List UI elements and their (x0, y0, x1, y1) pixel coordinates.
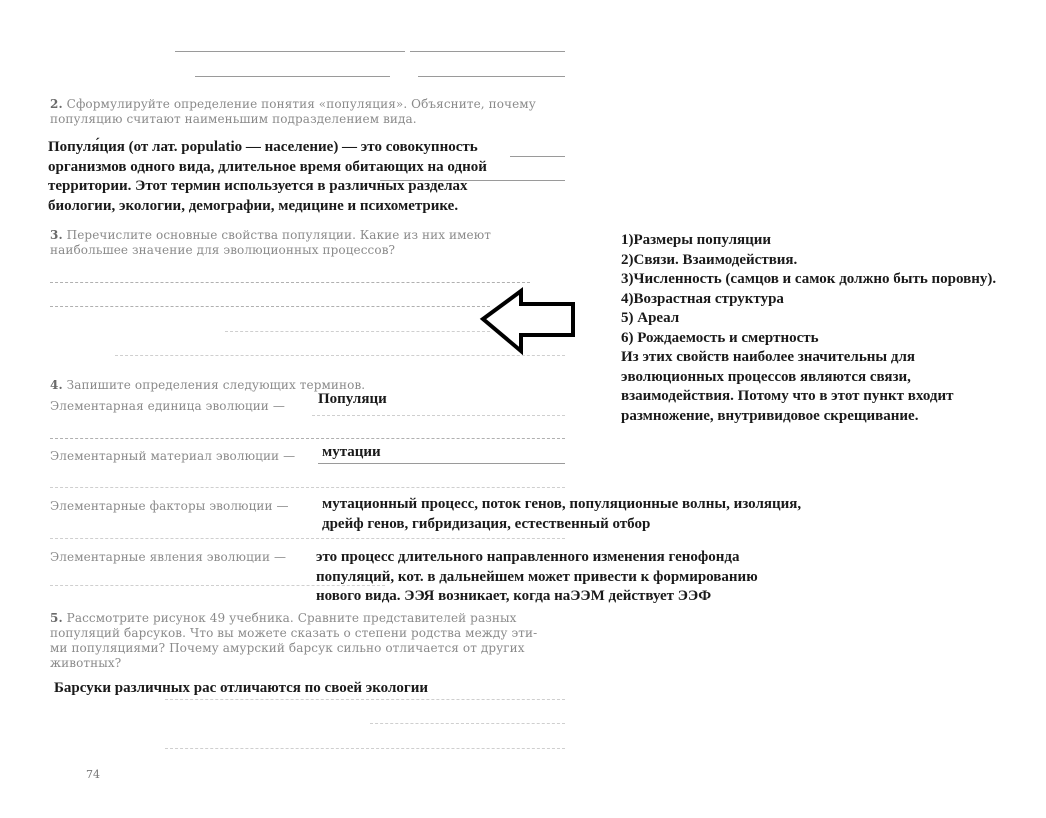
answer-line: это процесс длительного направленного из… (316, 548, 836, 568)
question-2-text: Сформулируйте определение понятия «попул… (50, 97, 536, 126)
left-arrow-icon (479, 287, 579, 355)
writing-line (50, 487, 565, 488)
conclusion-line: размножение, внутривидовое скрещивание. (621, 407, 1046, 427)
question-3-number: 3. (50, 228, 63, 242)
question-4-number: 4. (50, 378, 63, 392)
question-5-line: популяций барсуков. Что вы можете сказат… (50, 626, 568, 641)
answer-line: биологии, экологии, демографии, медицине… (48, 197, 588, 217)
answer-line: популяций, кот. в дальнейшем может приве… (316, 568, 836, 588)
writing-line (318, 463, 565, 464)
property-item: 1)Размеры популяции (621, 231, 1046, 251)
question-5-number: 5. (50, 611, 63, 625)
answer-line: нового вида. ЭЭЯ возникает, когда наЭЭМ … (316, 587, 836, 607)
writing-line (510, 156, 565, 157)
question-5-answer: Барсуки различных рас отличаются по свое… (54, 679, 428, 699)
writing-line (312, 415, 565, 416)
writing-line (418, 76, 565, 77)
question-3-answer: 1)Размеры популяции 2)Связи. Взаимодейст… (621, 231, 1046, 426)
page-number: 74 (86, 768, 100, 781)
question-2-number: 2. (50, 97, 63, 111)
term-label-factors: Элементарные факторы эволюции — (50, 499, 289, 514)
property-item: 5) Ареал (621, 309, 1046, 329)
writing-line (50, 438, 565, 439)
answer-line: дрейф генов, гибридизация, естественный … (322, 515, 882, 535)
question-5-line: животных? (50, 656, 568, 671)
writing-line (370, 723, 565, 724)
writing-line (50, 585, 385, 586)
writing-line (175, 51, 405, 52)
property-item: 3)Численность (самцов и самок должно быт… (621, 270, 1046, 290)
question-2-answer: Популя́ция (от лат. populatio — населени… (48, 138, 588, 216)
term-answer-unit: Популяци (318, 390, 387, 410)
conclusion-line: Из этих свойств наиболее значительны для (621, 348, 1046, 368)
writing-line (165, 699, 565, 700)
writing-line (380, 180, 565, 181)
property-item: 4)Возрастная структура (621, 290, 1046, 310)
property-item: 2)Связи. Взаимодействия. (621, 251, 1046, 271)
term-answer-material: мутации (322, 443, 381, 463)
writing-line (410, 51, 565, 52)
question-5: 5. Рассмотрите рисунок 49 учебника. Срав… (50, 611, 568, 671)
question-3-text: Перечислите основные свойства популяции.… (50, 228, 491, 257)
question-4: 4. Запишите определения следующих термин… (50, 378, 568, 393)
property-item: 6) Рождаемость и смертность (621, 329, 1046, 349)
term-label-phenomena: Элементарные явления эволюции — (50, 550, 286, 565)
term-label-unit: Элементарная единица эволюции — (50, 399, 285, 414)
conclusion-line: эволюционных процессов являются связи, (621, 368, 1046, 388)
term-label-material: Элементарный материал эволюции — (50, 449, 295, 464)
writing-line (50, 538, 565, 539)
question-3: 3. Перечислите основные свойства популяц… (50, 228, 568, 258)
answer-line: мутационный процесс, поток генов, популя… (322, 495, 882, 515)
writing-line (115, 355, 565, 356)
answer-line: организмов одного вида, длительное время… (48, 158, 588, 178)
term-answer-phenomena: это процесс длительного направленного из… (316, 548, 836, 607)
writing-line (165, 748, 565, 749)
writing-line (225, 331, 490, 332)
term-answer-factors: мутационный процесс, поток генов, популя… (322, 495, 882, 534)
question-2: 2. Сформулируйте определение понятия «по… (50, 97, 568, 127)
question-5-line: ми популяциями? Почему амурский барсук с… (50, 641, 568, 656)
writing-line (50, 282, 530, 283)
writing-line (195, 76, 390, 77)
answer-line: Популя́ция (от лат. populatio — населени… (48, 138, 588, 158)
question-5-line: Рассмотрите рисунок 49 учебника. Сравнит… (67, 611, 517, 625)
writing-line (50, 306, 490, 307)
conclusion-line: взаимодействия. Потому что в этот пункт … (621, 387, 1046, 407)
